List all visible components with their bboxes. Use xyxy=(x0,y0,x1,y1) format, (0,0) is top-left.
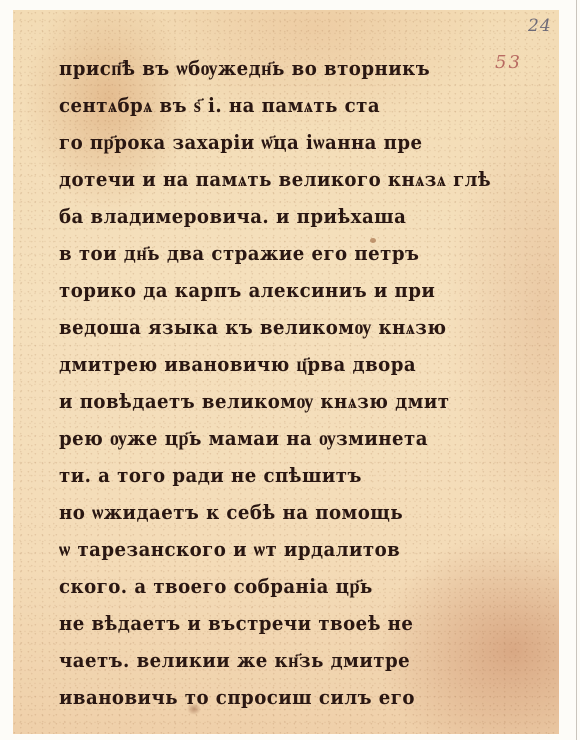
folio-number-old-ink: 53 xyxy=(495,52,522,73)
text-line: ведоша языка къ великомѹ кнѧзю xyxy=(59,309,450,346)
ink-spot xyxy=(370,238,376,243)
manuscript-text: присп҃ѣ въ ѡбѹжедн҃ь во вторникъ сентѧбр… xyxy=(59,50,479,716)
text-line: ти. а того ради не спѣшитъ xyxy=(59,457,450,494)
manuscript-page: 24 53 присп҃ѣ въ ѡбѹжедн҃ь во вторникъ с… xyxy=(13,10,559,734)
text-line: торико да карпъ алексиниъ и при xyxy=(59,272,450,309)
text-line: сентѧбрѧ въ ѕ҃ і. на памѧть ста xyxy=(59,87,450,124)
text-line: го пр҃рока захаріи ѡ҃ца іѡанна пре xyxy=(59,124,450,161)
paper-blot xyxy=(187,703,201,715)
text-line: и повѣдаетъ великомѹ кнѧзю дмит xyxy=(59,383,450,420)
text-line: чаетъ. великии же кн҃зь дмитре xyxy=(59,642,450,679)
text-line: дотечи и на памѧть великого кнѧзѧ глѣ xyxy=(59,161,450,198)
text-line: ѡ тарезанского и ѡт ирдалитов xyxy=(59,531,450,568)
scan-edge-rule xyxy=(576,0,577,740)
text-line: ского. а твоего собраніа цр҃ь xyxy=(59,568,450,605)
text-line: рею ѹже цр҃ь мамаи на ѹзминета xyxy=(59,420,450,457)
text-line: ба владимеровича. и приѣхаша xyxy=(59,198,450,235)
text-line: ивановичь то спросиш силъ его xyxy=(59,679,450,716)
text-line: присп҃ѣ въ ѡбѹжедн҃ь во вторникъ xyxy=(59,50,450,87)
text-line: дмитрею ивановичю ц҃рва двора xyxy=(59,346,450,383)
folio-number-pencil: 24 xyxy=(528,16,552,36)
text-line: не вѣдаетъ и въстречи твоеѣ не xyxy=(59,605,450,642)
text-line: в тои дн҃ь два стражие его петръ xyxy=(59,235,450,272)
text-line: но ѡжидаетъ к себѣ на помощь xyxy=(59,494,450,531)
